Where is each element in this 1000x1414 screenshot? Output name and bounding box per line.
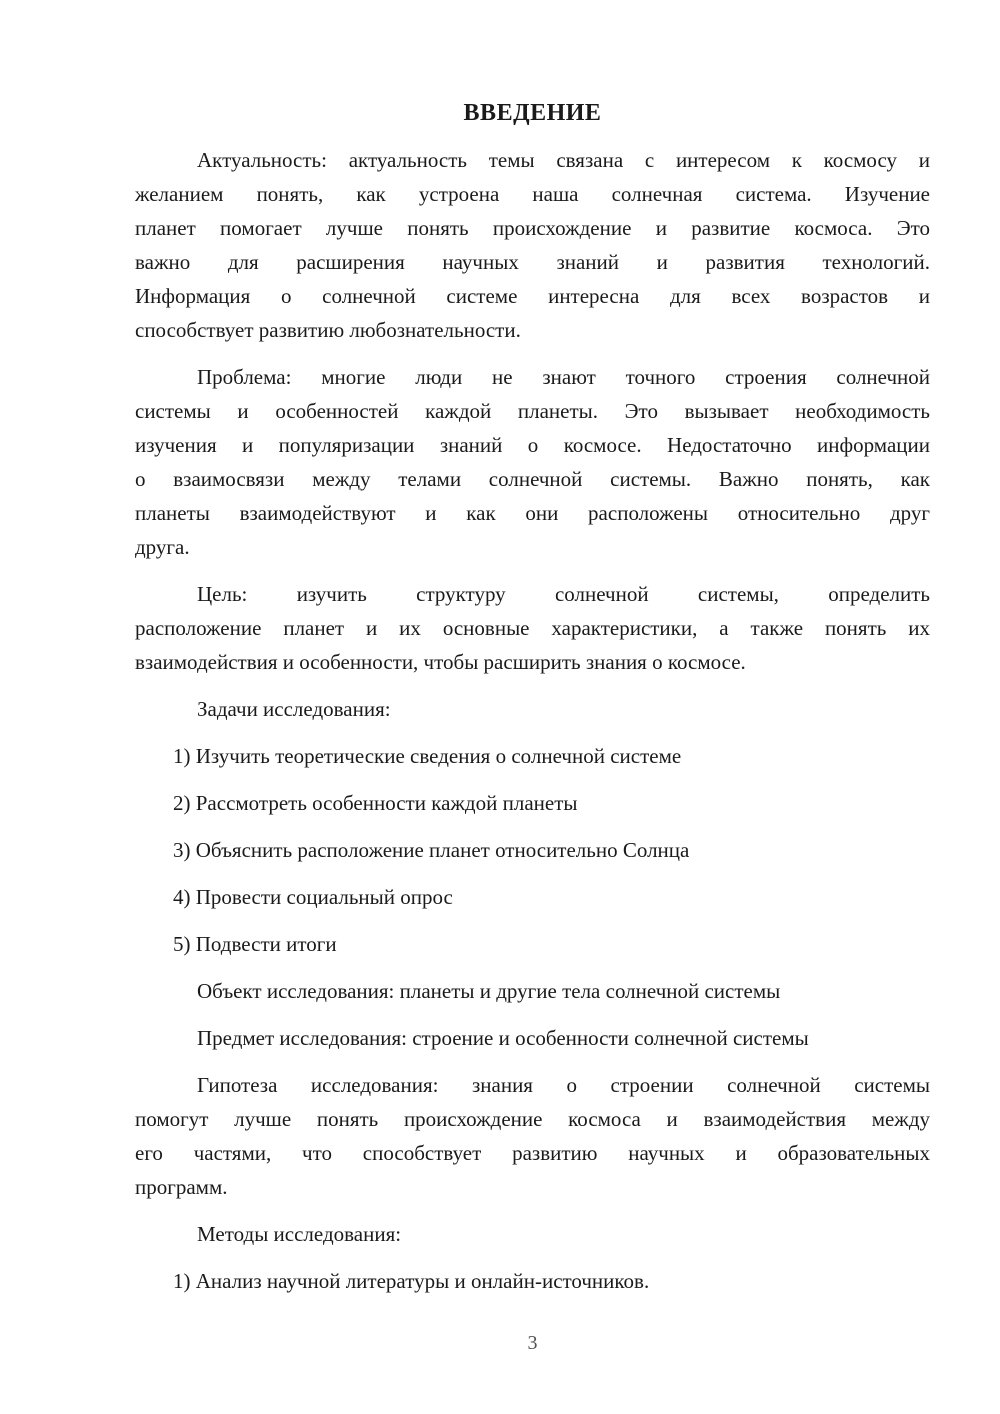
task-number: 5) bbox=[173, 932, 191, 956]
paragraph-relevance-line: Информация о солнечной системе интересна… bbox=[135, 279, 930, 313]
paragraph-relevance: Актуальность: актуальность темы связана … bbox=[135, 143, 930, 347]
paragraph-relevance-line: планет помогает лучше понять происхожден… bbox=[135, 211, 930, 245]
paragraph-problem-line: Проблема: многие люди не знают точного с… bbox=[135, 360, 930, 394]
paragraph-object-text: Объект исследования: планеты и другие те… bbox=[135, 974, 930, 1008]
section-title: ВВЕДЕНИЕ bbox=[135, 96, 930, 130]
paragraph-goal-line: расположение планет и их основные характ… bbox=[135, 611, 930, 645]
method-item: 1) Анализ научной литературы и онлайн-ис… bbox=[173, 1264, 930, 1298]
task-number: 2) bbox=[173, 791, 191, 815]
task-number: 3) bbox=[173, 838, 191, 862]
task-number: 1) bbox=[173, 744, 191, 768]
paragraph-relevance-line: Актуальность: актуальность темы связана … bbox=[135, 143, 930, 177]
task-number: 4) bbox=[173, 885, 191, 909]
task-item: 2) Рассмотреть особенности каждой планет… bbox=[173, 786, 930, 820]
document-page: ВВЕДЕНИЕ Актуальность: актуальность темы… bbox=[0, 0, 1000, 1414]
task-text: Объяснить расположение планет относитель… bbox=[196, 838, 690, 862]
task-text: Рассмотреть особенности каждой планеты bbox=[196, 791, 578, 815]
page-number: 3 bbox=[135, 1330, 930, 1356]
paragraph-goal-line: Цель: изучить структуру солнечной систем… bbox=[135, 577, 930, 611]
paragraph-problem-line: планеты взаимодействуют и как они распол… bbox=[135, 496, 930, 530]
task-text: Изучить теоретические сведения о солнечн… bbox=[196, 744, 681, 768]
task-item: 4) Провести социальный опрос bbox=[173, 880, 930, 914]
paragraph-relevance-line: способствует развитию любознательности. bbox=[135, 313, 930, 347]
paragraph-problem-line: изучения и популяризации знаний о космос… bbox=[135, 428, 930, 462]
tasks-heading-text: Задачи исследования: bbox=[135, 692, 930, 726]
paragraph-hypothesis-line: помогут лучше понять происхождение космо… bbox=[135, 1102, 930, 1136]
page-content: ВВЕДЕНИЕ Актуальность: актуальность темы… bbox=[135, 96, 930, 1311]
task-item: 1) Изучить теоретические сведения о солн… bbox=[173, 739, 930, 773]
paragraph-problem-line: системы и особенностей каждой планеты. Э… bbox=[135, 394, 930, 428]
paragraph-goal: Цель: изучить структуру солнечной систем… bbox=[135, 577, 930, 679]
method-number: 1) bbox=[173, 1269, 191, 1293]
paragraph-subject-text: Предмет исследования: строение и особенн… bbox=[135, 1021, 930, 1055]
paragraph-hypothesis-line: программ. bbox=[135, 1170, 930, 1204]
task-item: 3) Объяснить расположение планет относит… bbox=[173, 833, 930, 867]
paragraph-goal-line: взаимодействия и особенности, чтобы расш… bbox=[135, 645, 930, 679]
method-text: Анализ научной литературы и онлайн-источ… bbox=[196, 1269, 649, 1293]
paragraph-relevance-line: желанием понять, как устроена наша солне… bbox=[135, 177, 930, 211]
task-item: 5) Подвести итоги bbox=[173, 927, 930, 961]
methods-heading: Методы исследования: bbox=[135, 1217, 930, 1251]
paragraph-hypothesis: Гипотеза исследования: знания о строении… bbox=[135, 1068, 930, 1204]
paragraph-subject: Предмет исследования: строение и особенн… bbox=[135, 1021, 930, 1055]
methods-heading-text: Методы исследования: bbox=[135, 1217, 930, 1251]
task-text: Провести социальный опрос bbox=[196, 885, 453, 909]
paragraph-hypothesis-line: Гипотеза исследования: знания о строении… bbox=[135, 1068, 930, 1102]
paragraph-problem-line: о взаимосвязи между телами солнечной сис… bbox=[135, 462, 930, 496]
paragraph-hypothesis-line: его частями, что способствует развитию н… bbox=[135, 1136, 930, 1170]
paragraph-problem-line: друга. bbox=[135, 530, 930, 564]
paragraph-relevance-line: важно для расширения научных знаний и ра… bbox=[135, 245, 930, 279]
tasks-heading: Задачи исследования: bbox=[135, 692, 930, 726]
task-text: Подвести итоги bbox=[196, 932, 337, 956]
paragraph-object: Объект исследования: планеты и другие те… bbox=[135, 974, 930, 1008]
paragraph-problem: Проблема: многие люди не знают точного с… bbox=[135, 360, 930, 564]
